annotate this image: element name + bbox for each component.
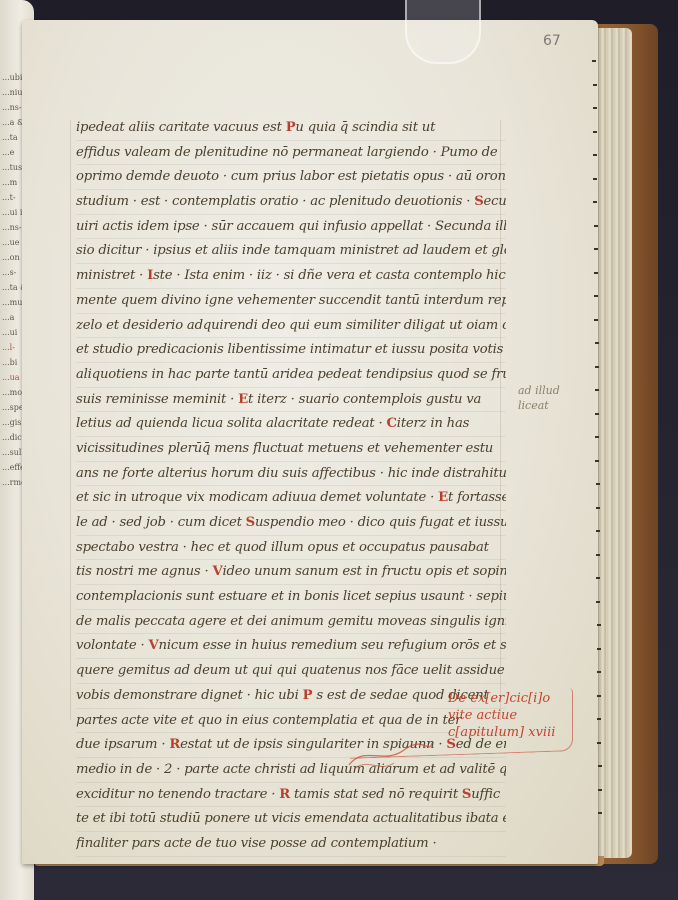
text-line: studium · est · contemplatis oratio · ac… [76, 190, 506, 215]
pricking-hole [594, 295, 598, 297]
pricking-hole [595, 436, 599, 438]
rubric-initial: P [303, 688, 313, 703]
pricking-hole [593, 178, 597, 180]
text-line: sio dicitur · ipsius et aliis inde tamqu… [76, 239, 506, 264]
text-segment: le ad · sed job · cum dicet [76, 515, 246, 530]
pricking-hole [598, 765, 602, 767]
text-line: ans ne forte alterius horum diu suis aff… [76, 462, 506, 487]
text-segment: ministret · [76, 268, 147, 283]
pricking-hole [596, 554, 600, 556]
pricking-hole [594, 225, 598, 227]
pricking-hole [595, 413, 599, 415]
text-segment: tis nostri me agnus · [76, 564, 212, 579]
pricking-hole [594, 319, 598, 321]
pricking-hole [597, 648, 601, 650]
folio-number: 67 [543, 33, 561, 49]
pricking-hole [598, 812, 602, 814]
pricking-hole [595, 389, 599, 391]
pricking-hole [598, 789, 602, 791]
rubric-initial: V [148, 638, 158, 653]
text-segment: medio in de · 2 · parte acte christi ad … [76, 762, 506, 777]
text-line: te et ibi totū studiū ponere ut vicis em… [76, 807, 506, 832]
ruling-line-left [70, 120, 71, 720]
text-segment: aliquotiens in hac parte tantū aridea pe… [76, 367, 506, 382]
text-line: uiri actis idem ipse · sūr accauem qui i… [76, 215, 506, 240]
text-segment: uiri actis idem ipse · sūr accauem qui i… [76, 219, 506, 234]
text-segment: t fortasse ta [448, 490, 506, 505]
colophon-rubric: De ex[er]cic[i]o vite actiue c[apitulum]… [448, 690, 574, 741]
pricking-hole [596, 601, 600, 603]
text-line: quere gemitus ad deum ut qui qui quatenu… [76, 659, 506, 684]
pricking-hole [596, 483, 600, 485]
pricking-hole [595, 460, 599, 462]
pricking-hole [596, 577, 600, 579]
text-line: suis reminisse meminit · Et iterz · suar… [76, 388, 506, 413]
pricking-hole [593, 201, 597, 203]
text-segment: exciditur no tenendo tractare · [76, 787, 279, 802]
pricking-hole [597, 624, 601, 626]
right-margin-note: ad illud liceat [518, 383, 588, 413]
text-segment: uffic [471, 787, 500, 802]
rubric-initial: E [238, 392, 248, 407]
pricking-hole [592, 60, 596, 62]
text-line: exciditur no tenendo tractare · R tamis … [76, 783, 506, 808]
text-segment: zelo et desiderio adquirendi deo qui eum… [76, 318, 506, 333]
pricking-hole [594, 248, 598, 250]
text-segment: spectabo vestra · hec et quod illum opus… [76, 540, 489, 555]
pricking-hole [595, 342, 599, 344]
rubric-initial: V [212, 564, 222, 579]
text-segment: quere gemitus ad deum ut qui qui quatenu… [76, 663, 505, 678]
text-line: finaliter pars acte de tuo vise posse ad… [76, 832, 506, 857]
text-line: medio in de · 2 · parte acte christi ad … [76, 758, 506, 783]
text-line: aliquotiens in hac parte tantū aridea pe… [76, 363, 506, 388]
text-line: et studio predicacionis libentissime int… [76, 338, 506, 363]
text-line: mente quem divino igne vehementer succen… [76, 289, 506, 314]
text-line: et sic in utroque vix modicam adiuua dem… [76, 486, 506, 511]
text-segment: ste · Ista enim · iiz · si dñe vera et c… [153, 268, 506, 283]
text-segment: vicissitudines plerūq̄ mens fluctuat met… [76, 441, 493, 456]
rubric-initial: S [462, 787, 471, 802]
rubric-initial: S [474, 194, 483, 209]
text-segment: ecunda opus [484, 194, 506, 209]
text-line: tis nostri me agnus · Video unum sanum e… [76, 560, 506, 585]
text-segment: tamis stat sed nō requirit [290, 787, 462, 802]
rubric-initial: R [169, 737, 180, 752]
text-line: zelo et desiderio adquirendi deo qui eum… [76, 314, 506, 339]
text-segment: mente quem divino igne vehementer succen… [76, 293, 506, 308]
text-segment: vobis demonstrare dignet · hic ubi [76, 688, 303, 703]
text-line: letius ad quienda licua solita alacritat… [76, 412, 506, 437]
text-segment: sio dicitur · ipsius et aliis inde tamqu… [76, 243, 506, 258]
pricking-hole [593, 84, 597, 86]
colophon-line: De ex[er]cic[i]o [448, 690, 574, 707]
pricking-hole [596, 507, 600, 509]
text-line: ipedeat aliis caritate vacuus est Pu qui… [76, 116, 506, 141]
text-line: effidus valeam de plenitudine nō permane… [76, 141, 506, 166]
text-segment: studium · est · contemplatis oratio · ac… [76, 194, 474, 209]
text-segment: due ipsarum · [76, 737, 169, 752]
text-segment: volontate · [76, 638, 148, 653]
pricking-hole [595, 366, 599, 368]
rubric-initial: C [387, 416, 397, 431]
text-segment: finaliter pars acte de tuo vise posse ad… [76, 836, 436, 851]
text-segment: u quia q̄ scindia sit ut [295, 120, 435, 135]
text-segment: letius ad quienda licua solita alacritat… [76, 416, 387, 431]
text-segment: iterz in has [397, 416, 469, 431]
text-line: vicissitudines plerūq̄ mens fluctuat met… [76, 437, 506, 462]
text-line: volontate · Vnicum esse in huius remediu… [76, 634, 506, 659]
text-segment: te et ibi totū studiū ponere ut vicis em… [76, 811, 506, 826]
text-line: le ad · sed job · cum dicet Suspendio me… [76, 511, 506, 536]
text-segment: ans ne forte alterius horum diu suis aff… [76, 466, 506, 481]
text-segment: suis reminisse meminit · [76, 392, 238, 407]
pricking-hole [597, 742, 601, 744]
text-segment: uspendio meo · dico quis fugat et iussu … [255, 515, 506, 530]
text-segment: et sic in utroque vix modicam adiuua dem… [76, 490, 438, 505]
pricking-hole [597, 718, 601, 720]
pricking-hole [593, 154, 597, 156]
colophon-line: vite actiue c[apitulum] xviii [448, 707, 574, 741]
text-line: ministret · Iste · Ista enim · iiz · si … [76, 264, 506, 289]
margin-note-line: ad illud [518, 383, 588, 398]
rubric-initial: E [438, 490, 448, 505]
pricking-hole [597, 671, 601, 673]
text-line: de malis peccata agere et dei animum gem… [76, 610, 506, 635]
page-clip [405, 0, 481, 64]
rubric-initial: S [246, 515, 255, 530]
text-segment: ipedeat aliis caritate vacuus est [76, 120, 286, 135]
pricking-hole [594, 272, 598, 274]
text-line: spectabo vestra · hec et quod illum opus… [76, 536, 506, 561]
pricking-hole [593, 107, 597, 109]
text-segment: de malis peccata agere et dei animum gem… [76, 614, 506, 629]
text-segment: effidus valeam de plenitudine nō permane… [76, 145, 497, 160]
rubric-initial: P [286, 120, 296, 135]
rubric-initial: R [279, 787, 290, 802]
pricking-hole [593, 131, 597, 133]
text-line: oprimo demde deuoto · cum prius labor es… [76, 165, 506, 190]
text-segment: nicum esse in huius remedium seu refugiu… [159, 638, 506, 653]
text-segment: et studio predicacionis libentissime int… [76, 342, 503, 357]
text-segment: t iterz · suario contemplois gustu va [248, 392, 481, 407]
text-segment: oprimo demde deuoto · cum prius labor es… [76, 169, 506, 184]
text-segment: contemplacionis sunt estuare et in bonis… [76, 589, 506, 604]
text-line: contemplacionis sunt estuare et in bonis… [76, 585, 506, 610]
pen-flourish-icon [344, 735, 434, 775]
pricking-hole [596, 530, 600, 532]
pricking-hole [597, 695, 601, 697]
text-segment: ideo unum sanum est in fructu opis et so… [222, 564, 506, 579]
margin-note-line: liceat [518, 398, 588, 413]
